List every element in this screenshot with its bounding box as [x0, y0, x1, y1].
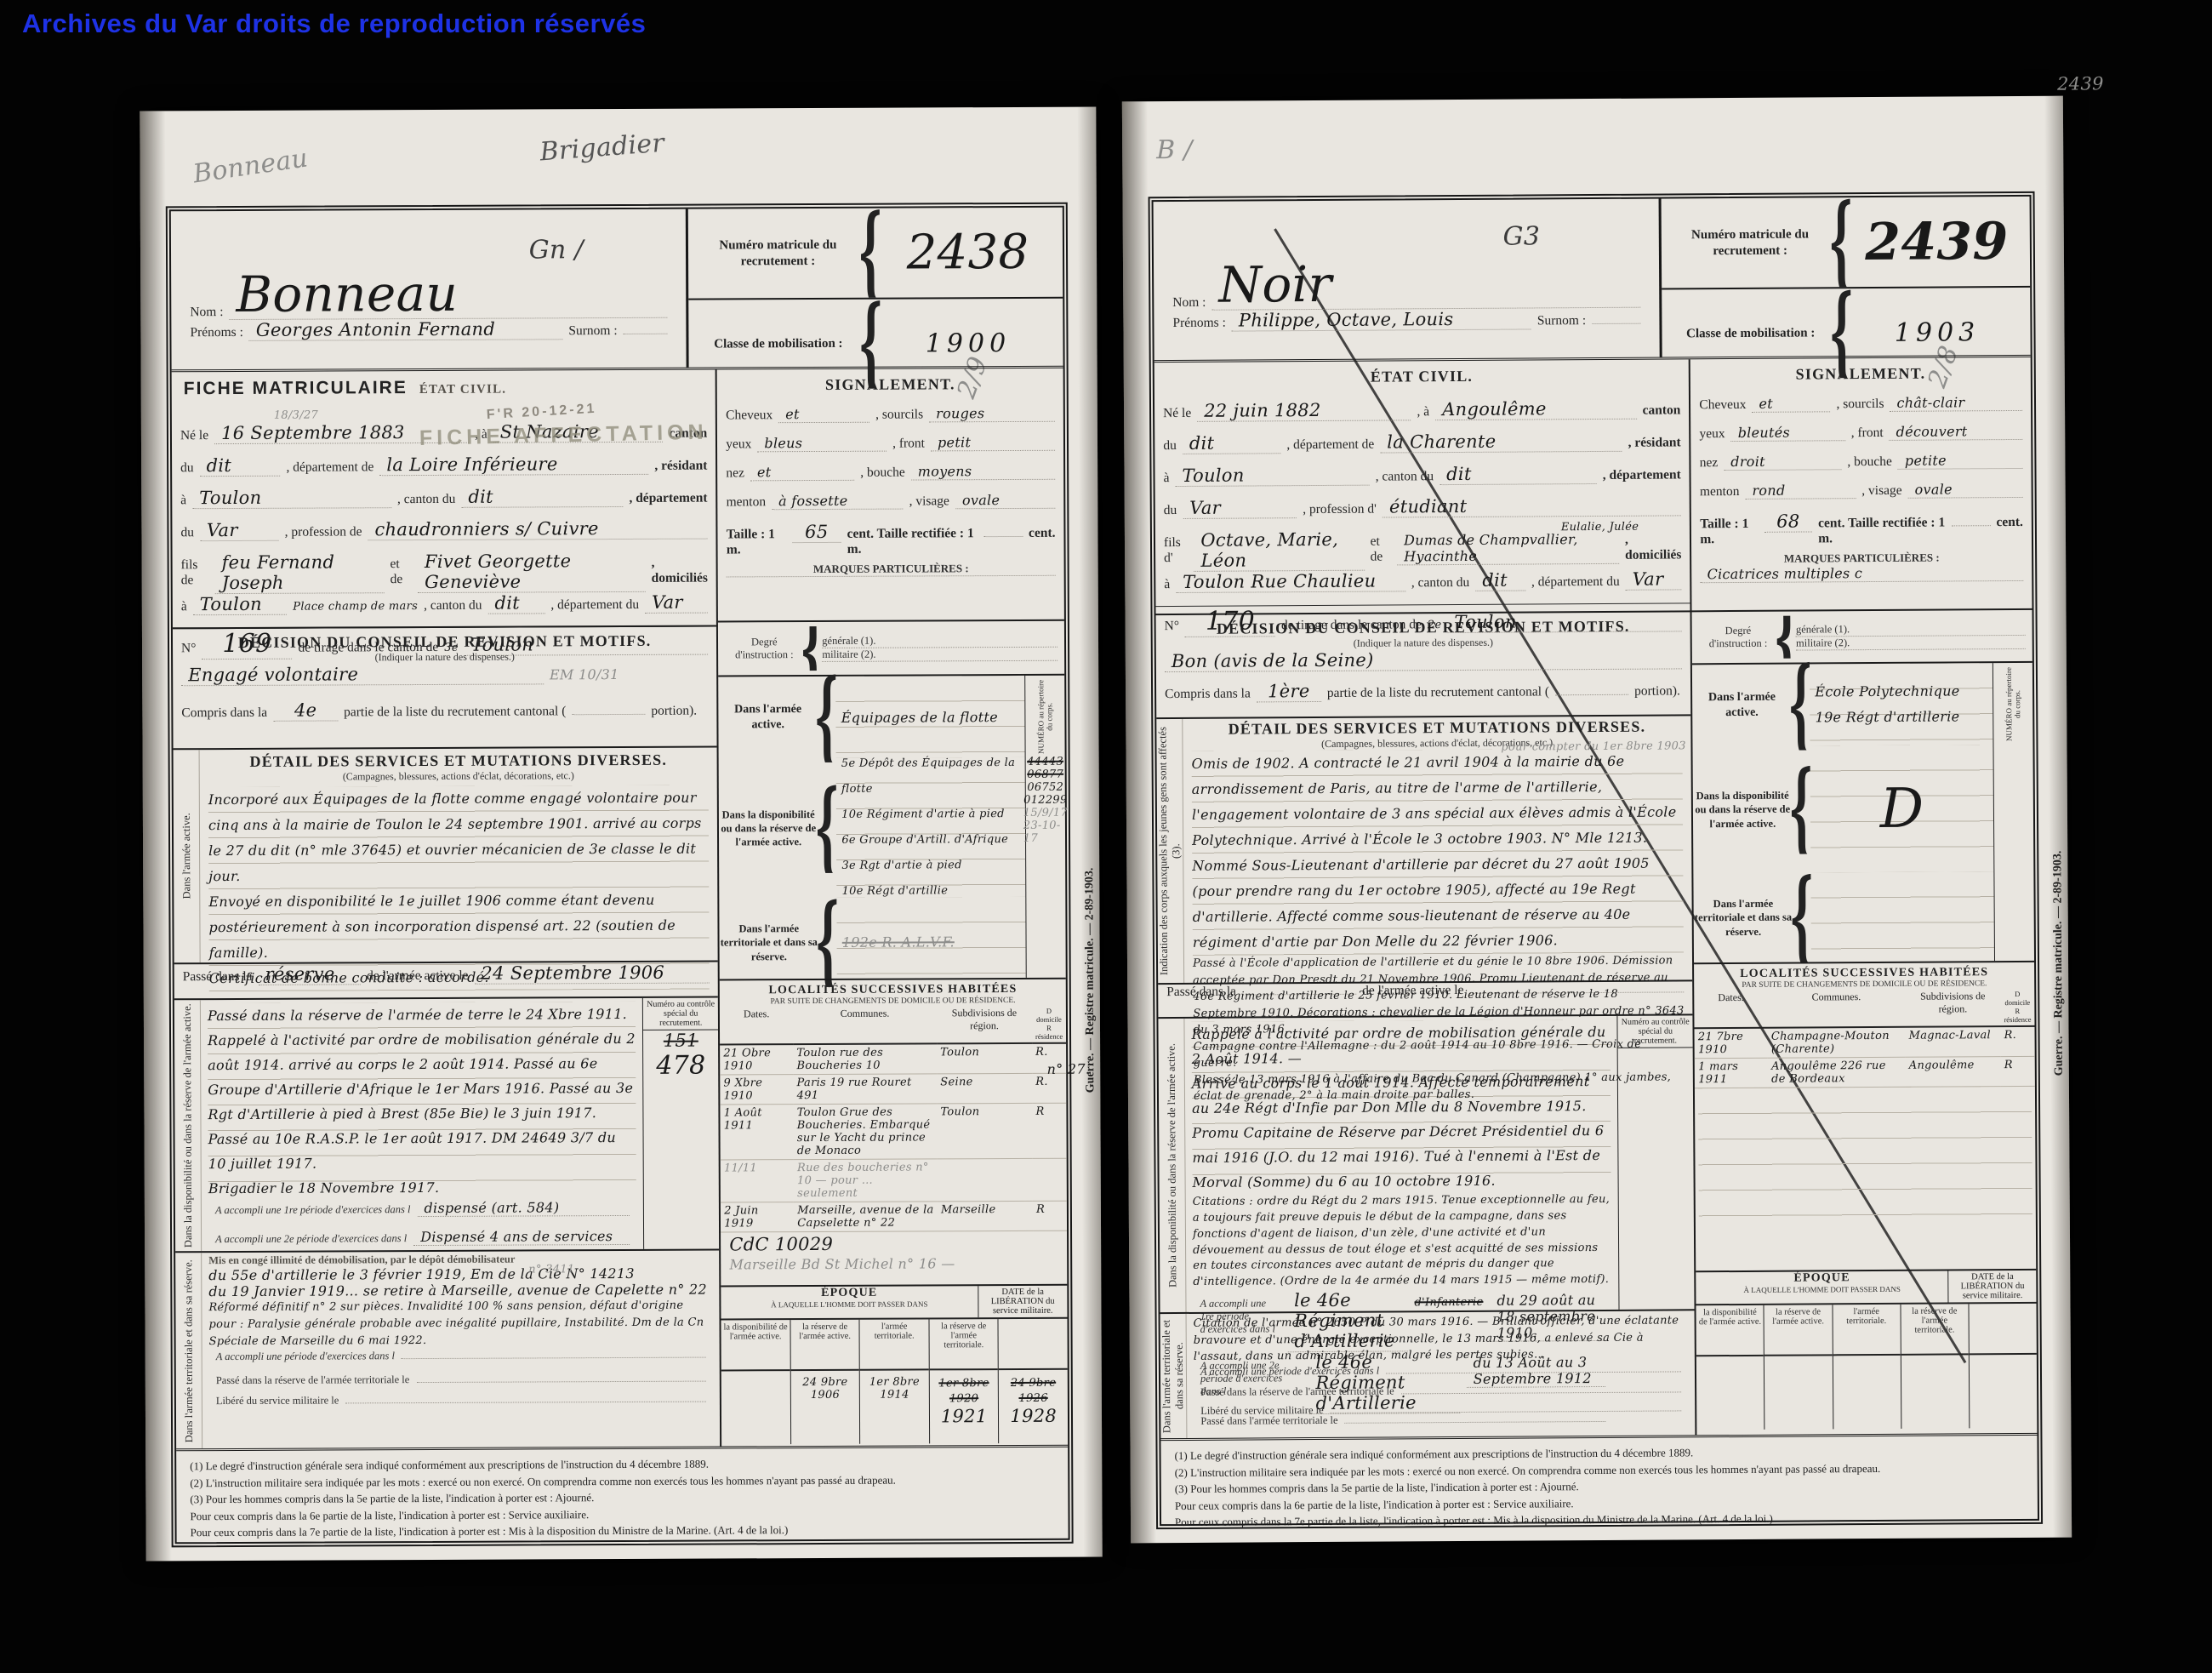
father-value: feu Fernand Joseph: [215, 551, 385, 594]
armee-dispo-label: Dans la disponibilité ou dans la réserve…: [719, 808, 818, 849]
ne-le-label: Né le: [180, 428, 208, 443]
canton2-value: dit: [461, 486, 623, 508]
register-margin-note: Guerre. — Registre matricule. — 2-89-190…: [2051, 851, 2067, 1076]
screenshot-canvas: { "watermark": "Archives du Var droits d…: [0, 0, 2212, 1673]
ep-col1-h: la disponibilité de l'armée active.: [1696, 1305, 1764, 1356]
brace-glyph: [818, 783, 836, 872]
localites-empty-lines: [1698, 1087, 2032, 1233]
epoque-title: ÉPOQUE: [721, 1286, 978, 1300]
ep-col2-h: la réserve de l'armée active.: [790, 1320, 859, 1371]
taille-label: Taille : 1 m.: [727, 527, 786, 557]
section-passe-reserve: Passé dans la réserve de l'armée active …: [174, 961, 718, 999]
brace-glyph: [1832, 197, 1851, 287]
section-signalement: SIGNALEMENT. Cheveux et , sourcils rouge…: [717, 368, 1064, 621]
armee-active-corps: École Polytechnique 19e Régt d'artilleri…: [1815, 678, 1987, 730]
canton3-value: dit: [1475, 570, 1525, 591]
periode1-struck: d'Infanterie: [1414, 1296, 1483, 1309]
ep-col-4: la réserve de l'armée territoriale. 1er …: [928, 1319, 998, 1443]
epoque-date-head: DATE de la LIBÉRATION du service militai…: [978, 1286, 1068, 1317]
degre-generale: générale (1).: [822, 634, 1058, 648]
surnom-value: [1592, 323, 1641, 324]
loc-row-dr: [1033, 1159, 1067, 1202]
dept2-value: Var: [1183, 497, 1297, 519]
classe-value: 1900: [880, 328, 1056, 359]
taille-value: 65: [792, 522, 841, 543]
footnotes-left: (1) Le degré d'instruction générale sera…: [176, 1445, 1068, 1545]
dans-dispo-side-label: Dans la disponibilité ou dans la réserve…: [180, 1003, 194, 1248]
terr-citation: Citation de l'armée n° 2650 P du 30 mars…: [1194, 1312, 1689, 1365]
a3-label: à: [181, 599, 187, 614]
reserve-citations: Citations : ordre du Régt du 2 mars 1915…: [1193, 1192, 1612, 1291]
periode-label: A accompli une période d'exercices dans …: [216, 1350, 395, 1364]
nez-label: nez: [1700, 455, 1719, 471]
taille-rect-value: [1951, 525, 1990, 526]
domicilies-label: , domiciliés: [1625, 532, 1682, 562]
brace-glyph: [818, 898, 837, 987]
matricule-cell: Numéro matricule du recrutement : 2439: [1662, 197, 2030, 288]
ep-col-3: l'armée territoriale.: [1832, 1305, 1901, 1429]
nez-value: et: [750, 464, 854, 482]
classe-label: Classe de mobilisation :: [1669, 325, 1833, 342]
services-subtitle: (Campagnes, blessures, actions d'éclat, …: [208, 769, 709, 785]
passe-value: réserve: [258, 963, 361, 985]
pencil-annotation-grade: Brigadier: [539, 128, 665, 168]
libere-label: Libéré du service militaire le: [1200, 1403, 1323, 1417]
prenoms-label: Prénoms :: [190, 325, 243, 340]
epoque-head: ÉPOQUE À LAQUELLE L'HOMME DOIT PASSER DA…: [721, 1286, 1068, 1319]
reserve-side-strip: Dans la disponibilité ou dans la réserve…: [174, 1000, 202, 1251]
brace-glyph: [1832, 288, 1851, 378]
front-value: petit: [931, 434, 1055, 452]
nez-label: nez: [726, 465, 744, 481]
mother-value: Dumas de Champvallier, Hyacinthe: [1397, 531, 1619, 566]
profession-label: , profession d': [1303, 502, 1377, 518]
localites-extra: CdC 10029: [721, 1231, 1067, 1257]
controle-num-struck: 151: [664, 1031, 698, 1051]
ne-le-label: Né le: [1163, 406, 1191, 421]
loc-row-commune: Paris 19 rue Rouret 491: [794, 1074, 938, 1105]
brace-glyph: [817, 672, 835, 762]
brace-glyph: [861, 300, 880, 389]
controle-header: Numéro au contrôle spécial du recrutemen…: [643, 998, 718, 1031]
mother-sup-note: Eulalie, Julée: [1561, 521, 1639, 534]
territoriale-content: Citation de l'armée n° 2650 P du 30 mars…: [1187, 1310, 1696, 1438]
armee-terr-label: Dans l'armée territoriale et dans sa rés…: [1694, 897, 1793, 939]
canton-label: canton: [1643, 403, 1681, 418]
departement-label: , département: [1603, 467, 1681, 483]
reserve-text: Passé dans la réserve de l'armée de terr…: [208, 1002, 636, 1201]
portion-blank: [1555, 694, 1628, 696]
section-territoriale: Dans l'armée territoriale et dans sa rés…: [175, 1249, 720, 1449]
cent-label: cent.: [1029, 526, 1056, 541]
canton-du2-label: , canton du: [1411, 575, 1470, 591]
localites-pencil: Marseille Bd St Michel n° 16 —: [721, 1255, 1067, 1273]
corps-pencil-dates: 15/9/17 23-10-17: [1023, 807, 1068, 845]
marques-label: MARQUES PARTICULIÈRES :: [718, 562, 1064, 577]
territoriale-content: Mis en congé illimité de démobilisation,…: [202, 1251, 720, 1449]
du-label: du: [1163, 438, 1177, 454]
paraph-mark: Gn /: [529, 235, 584, 265]
ep-col-1: la disponibilité de l'armée active.: [721, 1320, 790, 1444]
armee-dispo-mark: D: [1880, 777, 1924, 840]
column-etat-civil: FICHE MATRICULAIRE ÉTAT CIVIL. 18/3/27 F…: [172, 370, 721, 1449]
localites-table: Dates. Communes. Subdivisions de région.…: [720, 1005, 1067, 1233]
degre-generale: générale (1).: [1796, 622, 2026, 637]
dept-de-label: , département de: [1286, 437, 1374, 454]
armee-active-label: Dans l'armée active.: [719, 702, 818, 734]
ep-col5-h: [999, 1319, 1068, 1370]
sourcils-value: chât-clair: [1890, 394, 2022, 412]
periode2-label: A accompli une 2e période d'exercices da…: [215, 1232, 407, 1246]
dept3-value: Var: [1626, 568, 1682, 590]
armee-dispo-row: Dans la disponibilité ou dans la réserve…: [1693, 745, 1994, 873]
scanned-page-left: Bonneau Brigadier 2/9 Guerre. — Registre…: [140, 107, 1102, 1562]
section-signalement: SIGNALEMENT. Cheveux et , sourcils chât-…: [1690, 357, 2032, 610]
ep-col5-h: [1969, 1304, 2037, 1355]
epoque-subtitle: À LAQUELLE L'HOMME DOIT PASSER DANS: [721, 1299, 978, 1309]
mother-value: Fivet Georgette Geneviève: [418, 551, 646, 593]
loc-row-date: 2 Juin 1919: [721, 1202, 794, 1232]
tirage-canton: Toulon: [1447, 610, 1682, 633]
epoque-head: ÉPOQUE À LAQUELLE L'HOMME DOIT PASSER DA…: [1696, 1270, 2037, 1304]
localites-title: LOCALITÉS SUCCESSIVES HABITÉES: [1694, 962, 2034, 981]
profession-value: chaudronniers s/ Cuivre: [368, 518, 707, 541]
corps-num1: 06752: [1027, 781, 1063, 794]
periode1-label: A accompli une 1re période d'exercices d…: [215, 1203, 411, 1217]
ep-col5-struck: 24 9bre 1926: [1011, 1377, 1056, 1405]
nom-label: Nom :: [190, 305, 223, 320]
surnom-label: Surnom :: [568, 323, 617, 339]
services-content: DÉTAIL DES SERVICES ET MUTATIONS DIVERSE…: [200, 748, 718, 963]
et-de-label: et de: [390, 557, 412, 587]
loc-row-commune: Rue des boucheries n° 10 — pour … seulem…: [794, 1159, 938, 1202]
loc-row-date: 1 Août 1911: [721, 1105, 794, 1160]
compris-pre: Compris dans la: [1165, 686, 1251, 702]
armee-terr-row: Dans l'armée territoriale et dans sa rés…: [1694, 871, 1994, 962]
armee-active-corps: Équipages de la flotte: [841, 708, 1020, 725]
armee-dispo-label: Dans la disponibilité ou dans la réserve…: [1693, 789, 1792, 831]
numero-repertoire-col: NUMÉRO au répertoire du corps.: [1993, 663, 2034, 961]
canton3-value: dit: [487, 592, 544, 614]
corps-num-struck2: 06877: [1027, 768, 1063, 781]
dept2-value: Var: [200, 520, 279, 541]
section-localites: LOCALITÉS SUCCESSIVES HABITÉES PAR SUITE…: [720, 978, 1067, 1286]
col-dr: D domicile R résidence: [2000, 988, 2034, 1027]
taille2-label: cent. Taille rectifiée : 1 m.: [1818, 515, 1946, 546]
libere-blank: [345, 1402, 706, 1404]
pencil-date-mark: 18/3/27: [274, 409, 318, 422]
loc-row-subdiv: [938, 1159, 1033, 1202]
corps-num2: 012299: [1023, 794, 1068, 807]
dept-du-label: , département du: [550, 597, 639, 613]
departement-label: , département: [629, 491, 707, 506]
col-subdiv: Subdivisions de région.: [1905, 988, 2000, 1028]
front-label: , front: [1851, 425, 1884, 441]
menton-value: rond: [1745, 482, 1856, 500]
loc-row-date: 1 mars 1911: [1695, 1059, 1768, 1089]
loc-row-dr: R.: [1032, 1074, 1066, 1104]
passe-post-label: de l'armée active le: [367, 968, 468, 985]
ep-col1-v: [1696, 1356, 1764, 1430]
brace-glyph: [803, 626, 822, 671]
residence-value: Toulon: [192, 487, 391, 509]
profession-value: étudiant: [1382, 494, 1681, 517]
periode-blank: [1386, 1371, 1681, 1373]
services-pencil-note: pour compter du 1er 8bre 1903: [1501, 739, 1686, 753]
section-territoriale: Dans l'armée territoriale et dans sa rés…: [1160, 1309, 1696, 1438]
ep-col4-v: 1er 8bre 1920 1921: [930, 1370, 999, 1443]
col-dr: D domicile R résidence: [1032, 1005, 1066, 1044]
reserve-content: Passé dans la réserve de l'armée de terr…: [201, 998, 644, 1251]
main-columns-right: ÉTAT CIVIL. Né le 22 juin 1882 , à Angou…: [1154, 357, 2038, 1438]
sourcils-value: rouges: [929, 405, 1055, 423]
ep-col4-h: la réserve de l'armée territoriale.: [1901, 1304, 1969, 1355]
a2-label: à: [1163, 471, 1169, 486]
loc-row-commune: Champagne-Mouton (Charente): [1768, 1028, 1906, 1059]
col-communes: Communes.: [1768, 989, 1906, 1029]
nom-value: Noir: [1211, 258, 1641, 311]
services-title: DÉTAIL DES SERVICES ET MUTATIONS DIVERSE…: [1191, 717, 1682, 739]
matricule-value: 2439: [1850, 211, 2023, 271]
passe-date: 24 Septembre 1906: [474, 962, 710, 985]
menton-label: menton: [727, 494, 767, 510]
armee-rows: Dans l'armée active. École Polytechnique…: [1692, 663, 1994, 962]
brace-glyph: [1793, 872, 1812, 962]
section-armee-corps: Dans l'armée active. École Polytechnique…: [1692, 661, 2034, 962]
periode-blank: [402, 1357, 706, 1360]
section-degre: Degré d'instruction : générale (1). mili…: [718, 620, 1064, 676]
epoque-cols: la disponibilité de l'armée active. la r…: [1696, 1302, 2038, 1430]
ep-col-2: la réserve de l'armée active.: [1764, 1305, 1833, 1429]
loc-row-commune: Angoulême 226 rue de Bordeaux: [1768, 1058, 1906, 1088]
loc-row-subdiv: Seine: [937, 1074, 1032, 1104]
epoque-title: ÉPOQUE: [1696, 1270, 1948, 1286]
ep-col4-struck: 1er 8bre 1920: [938, 1377, 989, 1405]
libere-blank: [1331, 1410, 1682, 1413]
form-frame-right: G3 Nom : Noir Prénoms : Philippe, Octave…: [1149, 191, 2044, 1529]
matricule-label: Numéro matricule du recrutement :: [1668, 226, 1832, 260]
loc-row-subdiv: Toulon: [937, 1044, 1032, 1074]
scanned-page-right: B / 2439 2/8 Guerre. — Registre matricul…: [1122, 96, 2072, 1544]
canton-du-label: , canton du: [397, 492, 456, 507]
conge-pencil: n° 3411: [528, 1263, 574, 1276]
armee-terr-row: Dans l'armée territoriale et dans sa rés…: [720, 897, 1026, 988]
numero-repertoire-col: NUMÉRO au répertoire du corps. 44443 068…: [1024, 676, 1066, 978]
armee-dispo-row: Dans la disponibilité ou dans la réserve…: [719, 757, 1025, 899]
localites-table: Dates. Communes. Subdivisions de région.…: [1695, 988, 2035, 1088]
section-decision: DÉCISION DU CONSEIL DE REVISION ET MOTIF…: [173, 625, 717, 749]
corps-num-struck1: 44443: [1027, 756, 1063, 768]
header-names: Gn / Nom : Bonneau Prénoms : Georges Ant…: [171, 209, 687, 370]
ep-col-2: la réserve de l'armée active. 24 9bre 19…: [790, 1320, 859, 1444]
canton1-value: dit: [1183, 432, 1281, 454]
col-communes: Communes.: [793, 1005, 937, 1045]
services-small-text: Passé à l'École d'application de l'artil…: [1193, 952, 1685, 1105]
fr-date-stamp: F'R 20-12-21: [486, 402, 596, 423]
numero-repertoire-label: NUMÉRO au répertoire du corps.: [2004, 666, 2022, 743]
dans-dispo-side-label: Dans la disponibilité ou dans la réserve…: [1165, 1043, 1179, 1288]
taille2-label: cent. Taille rectifiée : 1 m.: [847, 526, 978, 557]
visage-value: ovale: [955, 492, 1055, 510]
loc-row-subdiv: Marseille: [938, 1202, 1033, 1231]
marques-value: Cicatrices multiples c: [1700, 564, 2023, 583]
compris-mid: partie de la liste du recrutement canton…: [1327, 684, 1549, 701]
form-frame-left: Gn / Nom : Bonneau Prénoms : Georges Ant…: [166, 203, 1074, 1548]
menton-label: menton: [1700, 484, 1740, 500]
passe-res-terr-label: Passé dans la réserve de l'armée territo…: [216, 1374, 410, 1388]
passe-pre-label: Passé dans la: [183, 969, 253, 985]
pencil-b-mark: B /: [1156, 135, 1193, 165]
services-side-label: Indication des corps auxquels les jeunes…: [1156, 719, 1183, 983]
dept-du-label: , département du: [1531, 574, 1620, 591]
footnotes-right: (1) Le degré d'instruction générale sera…: [1160, 1433, 2038, 1534]
domicile-value: Toulon Rue Chaulieu: [1176, 570, 1405, 593]
section-epoque: ÉPOQUE À LAQUELLE L'HOMME DOIT PASSER DA…: [721, 1284, 1069, 1445]
canton-du2-label: , canton du: [424, 598, 482, 614]
matricule-cell: Numéro matricule du recrutement : 2438: [688, 208, 1063, 299]
domicile-value: Toulon: [193, 594, 288, 615]
du-label: du: [180, 460, 194, 476]
profession-label: , profession de: [285, 524, 362, 540]
epoque-title-wrap: ÉPOQUE À LAQUELLE L'HOMME DOIT PASSER DA…: [1696, 1270, 1948, 1304]
conge-line2: du 19 Janvier 1919… se retire à Marseill…: [208, 1282, 712, 1300]
libere-label: Libéré du service militaire le: [216, 1395, 339, 1408]
loc-row-subdiv: Toulon: [937, 1104, 1032, 1159]
loc-row-date: 11/11: [721, 1160, 794, 1202]
front-label: , front: [892, 436, 925, 451]
sourcils-label: , sourcils: [875, 407, 923, 422]
armee-rows: Dans l'armée active. Équipages de la flo…: [718, 676, 1025, 979]
services-side-strip: Dans l'armée active.: [174, 750, 201, 962]
armee-active-row: Dans l'armée active. École Polytechnique…: [1692, 663, 1993, 746]
ep-col1-v: [721, 1371, 790, 1444]
et-de-label: et de: [1370, 534, 1391, 564]
passe-res-terr-blank: [1401, 1391, 1682, 1394]
ep-col5-v: 24 9bre 1926 1928: [999, 1370, 1068, 1443]
yeux-label: yeux: [1699, 426, 1725, 442]
decision-value: Bon (avis de la Seine): [1165, 648, 1682, 672]
ep-col3-h: l'armée territoriale.: [1833, 1305, 1901, 1356]
bouche-value: moyens: [911, 463, 1056, 481]
tirage-number: 170: [1185, 606, 1275, 637]
degre-militaire: militaire (2).: [822, 648, 1058, 662]
compris-end: portion).: [651, 704, 697, 719]
cheveux-label: Cheveux: [726, 408, 772, 423]
dans-armee-active-side-label: Dans l'armée active.: [180, 814, 192, 899]
birth-place-value: Angoulême: [1435, 398, 1637, 420]
residence-value: Toulon: [1175, 465, 1369, 487]
header-matricule-box: Numéro matricule du recrutement : 2438 C…: [686, 208, 1063, 368]
prenoms-value: Philippe, Octave, Louis: [1232, 308, 1531, 331]
loc-row-date: 21 Obre 1910: [720, 1045, 793, 1075]
nom-label: Nom :: [1172, 295, 1206, 311]
header-matricule-box: Numéro matricule du recrutement : 2439 C…: [1659, 197, 2031, 357]
ep-col5-new: 1928: [1010, 1406, 1057, 1426]
section-epoque: ÉPOQUE À LAQUELLE L'HOMME DOIT PASSER DA…: [1696, 1269, 2038, 1430]
section-services: Dans l'armée active. DÉTAIL DES SERVICES…: [174, 746, 718, 963]
decision-pencil: EM 10/31: [550, 666, 709, 683]
periode1-value: dispensé (art. 584): [417, 1199, 630, 1217]
compris-pre: Compris dans la: [181, 705, 267, 721]
section-armee-corps: Dans l'armée active. Équipages de la flo…: [718, 674, 1065, 979]
ep-col-5: [1968, 1304, 2037, 1428]
epoque-title-wrap: ÉPOQUE À LAQUELLE L'HOMME DOIT PASSER DA…: [721, 1286, 978, 1318]
services-content: DÉTAIL DES SERVICES ET MUTATIONS DIVERSE…: [1183, 716, 1692, 983]
canton1-value: dit: [200, 455, 281, 477]
column-etat-civil: ÉTAT CIVIL. Né le 22 juin 1882 , à Angou…: [1154, 359, 1696, 1438]
armee-terr-lines: [1811, 871, 1994, 962]
tirage-label: de tirage dans le canton de: [1281, 617, 1422, 633]
ep-col-5: 24 9bre 1926 1928: [998, 1319, 1068, 1443]
armee-active-row: Dans l'armée active. Équipages de la flo…: [718, 676, 1024, 759]
paraph-mark: G3: [1502, 221, 1540, 251]
degre-label: Degré d'instruction :: [1699, 625, 1777, 651]
ep-col2-v: 24 9bre 1906: [791, 1371, 860, 1444]
degre-label: Degré d'instruction :: [725, 636, 803, 661]
compris-mid: partie de la liste du recrutement canton…: [344, 704, 566, 720]
services-side-strip: Indication des corps auxquels les jeunes…: [1156, 719, 1184, 983]
territoriale-side-strip: Dans l'armée territoriale et dans sa rés…: [175, 1253, 202, 1448]
bouche-label: , bouche: [1847, 454, 1892, 470]
ep-col2-v: [1764, 1356, 1833, 1429]
reserve-side-strip: Dans la disponibilité ou dans la réserve…: [1158, 1019, 1186, 1312]
loc-row-dr: R.: [2001, 1027, 2035, 1057]
dept-de-label: , département de: [286, 460, 373, 475]
services-text: Omis de 1902. A contracté le 21 avril 19…: [1192, 748, 1685, 956]
a-label: , à: [1417, 404, 1429, 420]
column-signalement: SIGNALEMENT. Cheveux et , sourcils rouge…: [715, 368, 1068, 1447]
loc-row-dr: R: [1032, 1104, 1066, 1159]
header-left: Gn / Nom : Bonneau Prénoms : Georges Ant…: [171, 208, 1063, 373]
birth-date-value: 22 juin 1882: [1197, 399, 1411, 422]
decision-value: Engagé volontaire: [181, 663, 544, 686]
nez-value: droit: [1724, 453, 1841, 471]
portion-blank: [572, 714, 645, 715]
cheveux-value: et: [1752, 395, 1830, 413]
ep-col3-v: 1er 8bre 1914: [860, 1370, 929, 1443]
periode-label: A accompli une période d'exercices dans …: [1200, 1364, 1379, 1378]
controle-num: 478: [656, 1051, 705, 1081]
yeux-label: yeux: [726, 437, 751, 452]
loc-row-dr: R: [1033, 1202, 1067, 1231]
pencil-corner-number: 2439: [2057, 73, 2104, 94]
signalement-title: SIGNALEMENT.: [1690, 357, 2031, 384]
compris-end: portion).: [1634, 683, 1680, 699]
ep-col4-v: [1901, 1355, 1970, 1428]
reforme-text: Réformé définitif n° 2 sur pièces. Inval…: [208, 1298, 713, 1351]
signalement-title: SIGNALEMENT.: [717, 368, 1063, 395]
armee-terr-struck: 192e R. A.L.V.F.: [842, 934, 1021, 951]
a2-label: à: [180, 493, 186, 508]
section-etat-civil: ÉTAT CIVIL. Né le 22 juin 1882 , à Angou…: [1154, 359, 1690, 614]
father-value: Octave, Marie, Léon: [1194, 529, 1364, 572]
dept1-value: la Charente: [1380, 431, 1622, 454]
armee-dispo-corps: 5e Dépôt des Équipages de la flotte 10e …: [841, 751, 1021, 905]
taille-value: 68: [1764, 511, 1813, 532]
compris-value: 4e: [273, 699, 338, 721]
classe-value: 1903: [1850, 317, 2023, 348]
col-subdiv: Subdivisions de région.: [937, 1005, 1032, 1044]
header-names: G3 Nom : Noir Prénoms : Philippe, Octave…: [1154, 199, 1661, 361]
matricule-value: 2438: [880, 225, 1056, 281]
surnom-label: Surnom :: [1537, 313, 1586, 328]
front-value: découvert: [1890, 423, 2023, 441]
sourcils-label: , sourcils: [1836, 397, 1884, 412]
bouche-label: , bouche: [860, 465, 905, 481]
brace-glyph: [1792, 764, 1811, 854]
section-localites: LOCALITÉS SUCCESSIVES HABITÉES PAR SUITE…: [1694, 961, 2036, 1270]
loc-row-dr: R: [2001, 1057, 2035, 1087]
